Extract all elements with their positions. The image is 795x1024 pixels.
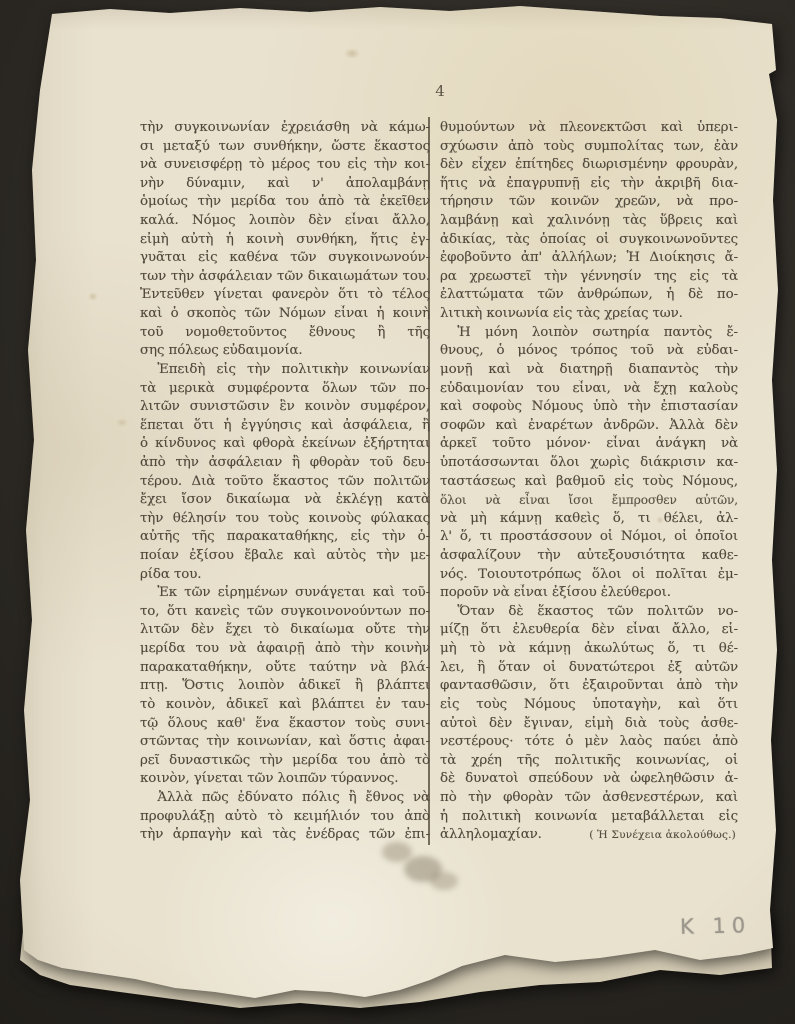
text-line: ὁ κίνδυνος καὶ φθορὰ ἐκείνων ἐξήρτηται [140,435,430,454]
text-line: Ἐκ τῶν εἰρημένων συνάγεται καὶ τοῦ- [140,584,430,603]
smudge-stain [404,856,442,882]
text-line: μὴ τὸ νὰ κάμνῃ ἀκωλύτως ὅ, τι θέ- [440,640,738,659]
text-line: δὲν εἶχεν ἐπίτηδες διωρισμένην φρουρὰν, [440,156,738,175]
text-line: λιτικὴ κοινωνία εἰς τὰς χρείας των. [440,305,738,324]
text-line: γυᾶται εἰς καθένα τῶν συγκοινωνούν- [140,249,430,268]
text-line: πτῃ. Ὅστις λοιπὸν ἀδικεῖ ἢ βλάπτει [140,677,430,696]
text-line: νὰ μὴ κάμνῃ καθεὶς ὅ, τι θέλει, ἀλ- [440,510,738,529]
text-line: κοινὸν, γίνεται τῶν λοιπῶν τύραννος. [140,770,430,789]
text-column-right: θυμούντων νὰ πλεονεκτῶσι καὶ ὑπερι-σχύωσ… [440,119,738,845]
text-line: ἀδικίας, τὰς ὁποίας οἱ συγκοινωνοῦντες [440,231,738,250]
text-line: λει, ἢ ὅταν οἱ δυνατώτεροι ἐξ αὐτῶν [440,659,738,678]
text-line: μερίδα του νὰ ἀφαιρῇ ἀπὸ τὴν κοινὴν [140,640,430,659]
foxing-spot [116,418,128,427]
text-line: αὐτῆς τῆς παρακαταθήκης, εἰς τὴν ὁ- [140,528,430,547]
text-line: ἔχει ἴσον δικαίωμα νὰ ἐκλέγῃ κατὰ [140,491,430,510]
text-line: σι μεταξύ των συνθήκην, ὥστε ἕκαστος [140,138,430,157]
text-line: προφυλάξῃ αὐτὸ τὸ κειμήλιόν του ἀπὸ [140,808,430,827]
text-line: ποροῦν νὰ εἶναι ἐξίσου ἐλεύθεροι. [440,584,738,603]
paper-sheet: 4 τὴν συγκοινωνίαν ἐχρειάσθη νὰ κάμω-σι … [0,0,795,1024]
foxing-spot [344,48,360,59]
text-line: νὴν δύναμιν, καὶ ν' ἀπολαμβάνῃ [140,175,430,194]
text-line: εἰς τοὺς Νόμους ὑποταγὴν, καὶ ὅτι [440,696,738,715]
text-line: τὸ κοινὸν, ἀδικεῖ καὶ βλάπτει ἐν ταυ- [140,696,430,715]
text-line: τήρησιν τῶν κοινῶν χρεῶν, νὰ προ- [440,193,738,212]
text-line: ρίδα του. [140,566,430,585]
text-line: ταστάσεως καὶ βαθμοῦ εἰς τοὺς Νόμους, [440,473,738,492]
text-line: τὰ χρέη τῆς πολιτικῆς κοινωνίας, οἱ [440,752,738,771]
text-line: ἥτις νὰ ἐπαγρυπνῇ εἰς τὴν ἀκριβῆ δια- [440,175,738,194]
text-line: Ἀλλὰ πῶς ἐδύνατο πόλις ἢ ἔθνος νὰ [140,789,430,808]
text-line: ὑποτάσσωνται ὅλοι χωρὶς διάκρισιν κα- [440,454,738,473]
text-line: εἰμὴ αὐτὴ ἡ κοινὴ συνθήκη, ἥτις ἐγ- [140,231,430,250]
text-line: σης πόλεως εὐδαιμονία. [140,342,430,361]
text-line: δὲ δυνατοὶ σπεύδουν νὰ ὠφεληθῶσιν ἀ- [440,770,738,789]
text-line: σχύωσιν ἀπὸ τοὺς συμπολίτας των, ἐὰν [440,138,738,157]
text-line: εὐδαιμονίαν του εἶναι, νὰ ἔχῃ καλοὺς [440,380,738,399]
text-line: νός. Τοιουτοτρόπως ὅλοι οἱ πολῖται ἐμ- [440,566,738,585]
text-line: θυμούντων νὰ πλεονεκτῶσι καὶ ὑπερι- [440,119,738,138]
text-line: καλά. Νόμος λοιπὸν δὲν εἶναι ἄλλο, [140,212,430,231]
text-line: Ἡ μόνη λοιπὸν σωτηρία παντὸς ἔ- [440,324,738,343]
text-line: φαντασθῶσιν, ὅτι ἐξαιροῦνται ἀπὸ τὴν [440,677,738,696]
text-line: τῷ ὅλους καθ' ἕνα ἕκαστον τοὺς συνι- [140,715,430,734]
text-line: τέρου. Διὰ τοῦτο ἕκαστος τῶν πολιτῶν [140,473,430,492]
text-line: μίζῃ ὅτι ἐλευθερία δὲν εἶναι ἄλλο, εἰ- [440,621,738,640]
text-line: Ὅταν δὲ ἕκαστος τῶν πολιτῶν νο- [440,603,738,622]
text-line: τὴν ἁρπαγὴν καὶ τὰς ἐνέδρας τῶν ἐπι- [140,826,430,845]
paper-sheet-wrap: 4 τὴν συγκοινωνίαν ἐχρειάσθη νὰ κάμω-σι … [0,0,795,1024]
text-line: ρα χρεωστεῖ τὴν γέννησίν της εἰς τὰ [440,268,738,287]
text-line: τὴν συγκοινωνίαν ἐχρειάσθη νὰ κάμω- [140,119,430,138]
text-line: τὴν θέλησίν του τοὺς κοινοὺς φύλακας [140,510,430,529]
continuation-note: ( Ἡ Συνέχεια ἀκολούθως.) [589,826,738,845]
text-line: ποίαν ἐξίσου ἔβαλε καὶ αὐτὸς τὴν με- [140,547,430,566]
text-line: λαμβάνῃ καὶ χαλινόνῃ τὰς ὕβρεις καὶ [440,212,738,231]
text-line-main: ἀλληλομαχίαν. [440,826,542,845]
text-line: ἐλαττώματα τῶν ἀνθρώπων, ἡ δὲ πο- [440,286,738,305]
text-line: ὁμοίως τὴν μερίδα του ἀπὸ τὰ ἐκεῖθεν [140,193,430,212]
text-line: καὶ σοφοὺς Νόμους ὑπὸ τὴν ἐπιστασίαν [440,398,738,417]
text-line: θνους, ὁ μόνος τρόπος τοῦ νὰ εὐδαι- [440,342,738,361]
text-line: λ' ὅ, τι προστάσσουν οἱ Νόμοι, οἱ ὁποῖοι [440,528,738,547]
text-line: καὶ ὁ σκοπὸς τῶν Νόμων εἶναι ἡ κοινὴ [140,305,430,324]
smudge-stain [430,872,458,890]
text-line: νὰ συνεισφέρῃ τὸ μέρος του εἰς τὴν κοι- [140,156,430,175]
text-line: νεστέρους· τότε ὁ μὲν λαὸς παύει ἀπὸ [440,733,738,752]
scanned-page-background: 4 τὴν συγκοινωνίαν ἐχρειάσθη νὰ κάμω-σι … [0,0,795,1024]
text-line: Ἐπειδὴ εἰς τὴν πολιτικὴν κοινωνίαν [140,361,430,380]
text-line: μονῇ καὶ νὰ διατηρῇ διαπαντὸς τὴν [440,361,738,380]
text-line: στῶντας τὴν κοινωνίαν, καὶ ὅστις ἀφαι- [140,733,430,752]
text-line: των τὴν ἀσφάλειαν τῶν δικαιωμάτων του. [140,268,430,287]
text-line: Ἐντεῦθεν γίνεται φανερὸν ὅτι τὸ τέλος [140,286,430,305]
text-line: λιτῶν συνιστῶσιν ἓν κοινὸν συμφέρον, [140,398,430,417]
text-line: πὸ τὴν φθορὰν τῶν ἀσθενεστέρων, καὶ [440,789,738,808]
text-line: ρεῖ δυναστικῶς τὴν μερίδα του ἀπὸ τὸ [140,752,430,771]
text-line: το, ὅτι κανεὶς τῶν συγκοινονούντων πο- [140,603,430,622]
text-line: παρακαταθήκην, οὔτε ταύτην νὰ βλά- [140,659,430,678]
text-line: ἀρκεῖ τοῦτο μόνον· εἶναι ἀνάγκη νὰ [440,435,738,454]
text-line: λιτῶν δὲν ἔχει τὸ δικαίωμα οὔτε τὴν [140,621,430,640]
page-number: 4 [425,82,455,100]
text-line: ἀσφαλίζουν τὴν αὐτεξουσιότητα καθε- [440,547,738,566]
text-line: ἐφοβοῦντο ἀπ' ἀλλήλων; Ἡ Διοίκησις ἄ- [440,249,738,268]
text-line: ἡ πολιτικὴ κοινωνία μεταβάλλεται εἰς [440,808,738,827]
text-line: ἕπεται ὅτι ἡ ἐγγύησις καὶ ἀσφάλεια, ἢ [140,417,430,436]
text-line: τὰ μερικὰ συμφέροντα ὅλων τῶν πο- [140,380,430,399]
text-line: σοφῶν καὶ ἐναρέτων ἀνδρῶν. Ἀλλὰ δὲν [440,417,738,436]
foxing-spot [88,292,98,301]
text-line: αὐτοὶ δὲν ἔγιναν, εἰμὴ διὰ τοὺς ἀσθε- [440,715,738,734]
text-line: ἀπὸ τὴν ἀσφάλειαν ἢ φθορὰν τοῦ δευ- [140,454,430,473]
text-line: ὅλοι νὰ εἶναι ἴσοι ἔμπροσθεν αὐτῶν, [440,491,738,510]
text-line: τοῦ νομοθετοῦντος ἔθνους ἢ τῆς νομοθετού… [140,324,430,343]
text-column-left: τὴν συγκοινωνίαν ἐχρειάσθη νὰ κάμω-σι με… [140,119,430,845]
pencil-annotation: K 10 [680,913,752,939]
text-line: ἀλληλομαχίαν.( Ἡ Συνέχεια ἀκολούθως.) [440,826,738,845]
smudge-stain [382,842,412,862]
